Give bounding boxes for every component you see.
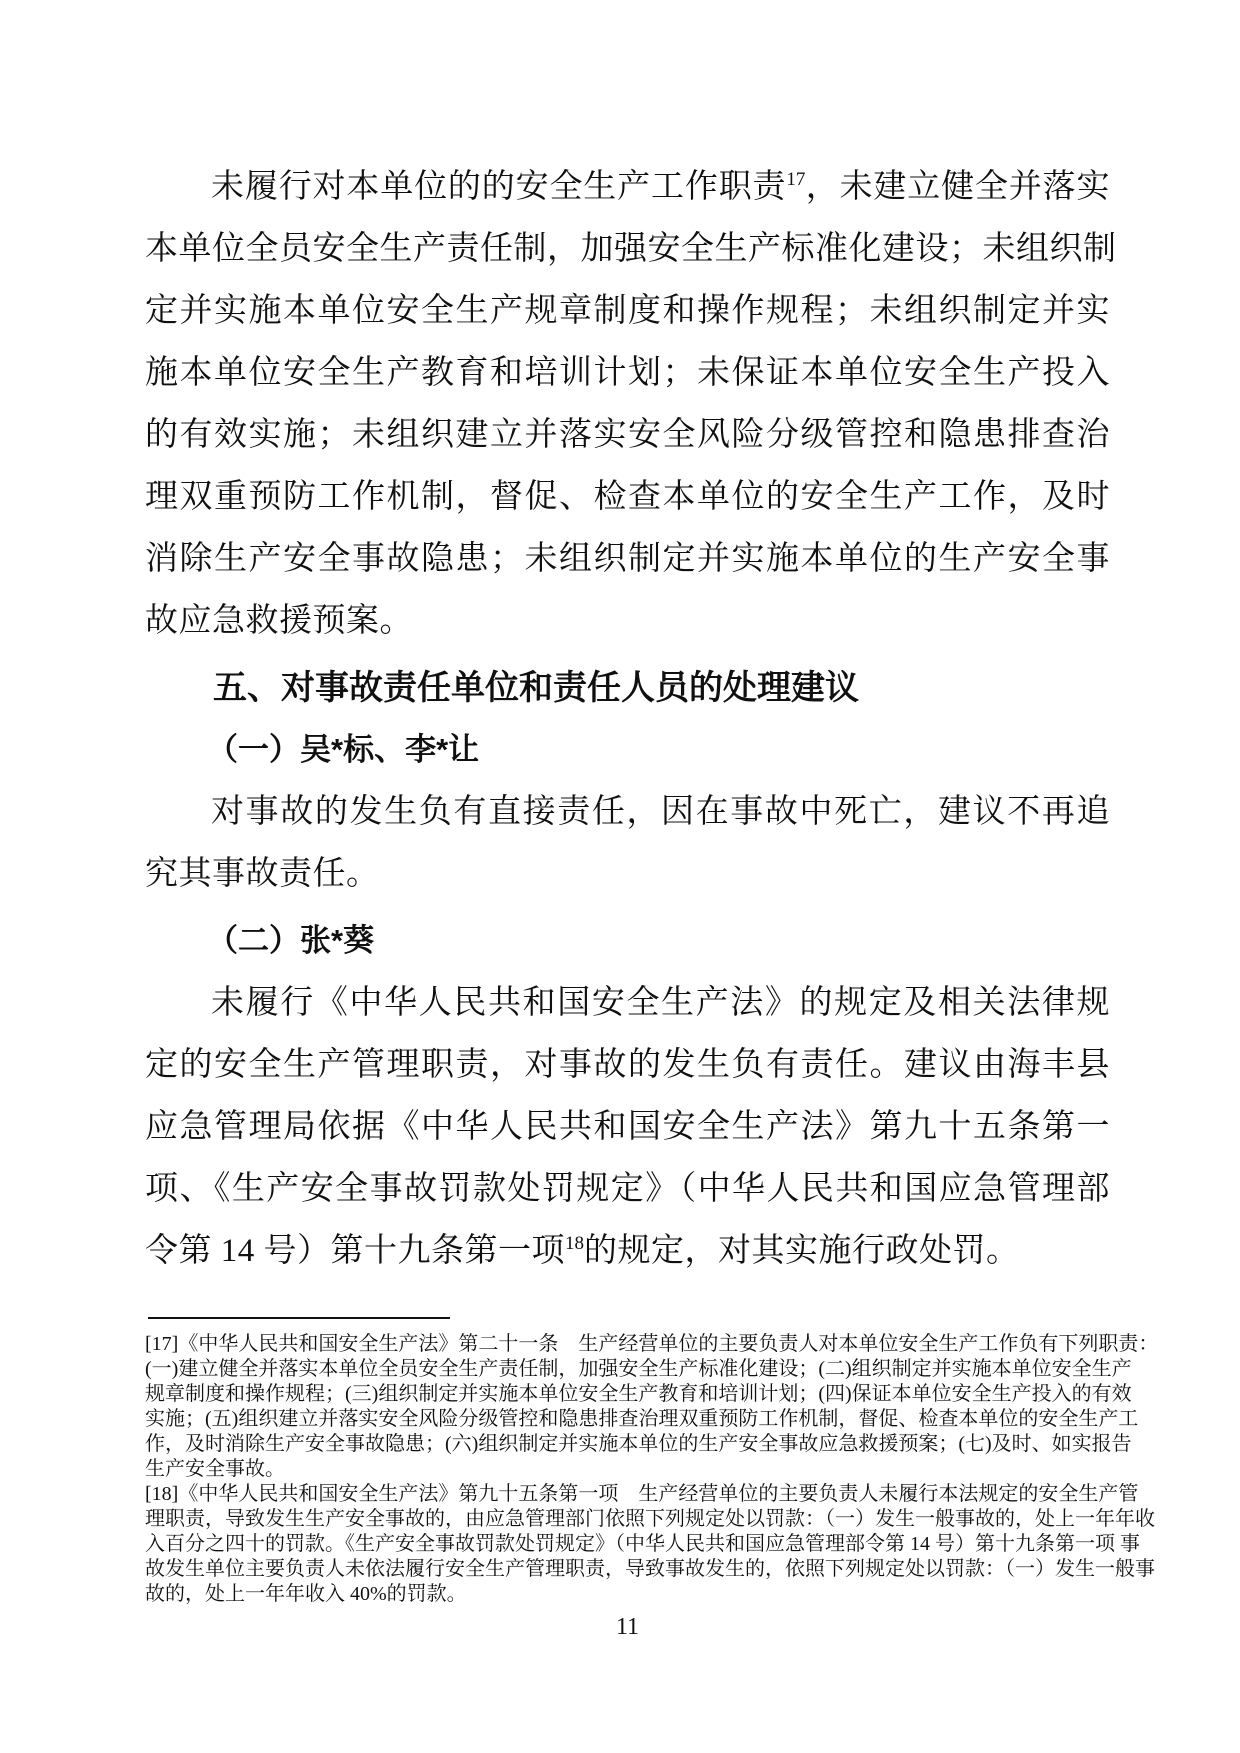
footnote-17: [17]《中华人民共和国安全生产法》第二十一条 生产经营单位的主要负责人对本单位…: [145, 1332, 1110, 1482]
footnote-line: 入百分之四十的罚款。《生产安全事故罚款处罚规定》（中华人民共和国应急管理部令第 …: [145, 1532, 1110, 1557]
line-text: 未履行《中华人民共和国安全生产法》的规定及相关法律规: [211, 985, 1110, 1021]
footnote-ref-17: 17: [786, 169, 805, 190]
line-text: 的有效实施；未组织建立并落实安全风险分级管控和隐患排查治: [145, 417, 1110, 453]
body-line: 定的安全生产管理职责，对事故的发生负有责任。建议由海丰县: [145, 1034, 1110, 1096]
paragraph-zhang-responsibility: 未履行《中华人民共和国安全生产法》的规定及相关法律规定的安全生产管理职责，对事故…: [145, 972, 1110, 1282]
line-text-after-ref: 的规定，对其实施行政处罚。: [584, 1233, 1020, 1269]
body-line: 施本单位安全生产教育和培训计划；未保证本单位安全生产投入: [145, 342, 1110, 404]
body-line: 未履行《中华人民共和国安全生产法》的规定及相关法律规: [145, 972, 1110, 1034]
line-text: 施本单位安全生产教育和培训计划；未保证本单位安全生产投入: [145, 355, 1110, 391]
line-text: 对事故的发生负有直接责任，因在事故中死亡，建议不再追: [211, 794, 1110, 830]
footnote-line: 规章制度和操作规程；(三)组织制定并实施本单位安全生产教育和培训计划；(四)保证…: [145, 1382, 1110, 1407]
body-line: 故应急救援预案。: [145, 590, 1110, 652]
subsection-heading-2: （二）张*葵: [145, 910, 1110, 972]
paragraph-wu-li-responsibility: 对事故的发生负有直接责任，因在事故中死亡，建议不再追究其事故责任。: [145, 781, 1110, 905]
body-line: 项、《生产安全事故罚款处罚规定》（中华人民共和国应急管理部: [145, 1158, 1110, 1220]
footnote-line: 故的，处上一年年收入 40%的罚款。: [145, 1582, 1110, 1607]
section-heading-5: 五、对事故责任单位和责任人员的处理建议: [145, 657, 1110, 719]
line-text: 定并实施本单位安全生产规章制度和操作规程；未组织制定并实: [145, 293, 1110, 329]
body-line: 消除生产安全事故隐患；未组织制定并实施本单位的生产安全事: [145, 528, 1110, 590]
line-text: 消除生产安全事故隐患；未组织制定并实施本单位的生产安全事: [145, 541, 1110, 577]
body-line: 对事故的发生负有直接责任，因在事故中死亡，建议不再追: [145, 781, 1110, 843]
footnotes-section: [17]《中华人民共和国安全生产法》第二十一条 生产经营单位的主要负责人对本单位…: [145, 1332, 1110, 1607]
body-line: 应急管理局依据《中华人民共和国安全生产法》第九十五条第一: [145, 1096, 1110, 1158]
paragraph-duty-violations: 未履行对本单位的的安全生产工作职责17，未建立健全并落实本单位全员安全生产责任制…: [145, 156, 1110, 652]
body-line: 本单位全员安全生产责任制，加强安全生产标准化建设；未组织制: [145, 218, 1110, 280]
footnote-separator: [148, 1317, 450, 1319]
line-text: 令第 14 号）第十九条第一项: [145, 1233, 565, 1269]
line-text: 项、《生产安全事故罚款处罚规定》（中华人民共和国应急管理部: [145, 1171, 1110, 1207]
footnote-line: 作，及时消除生产安全事故隐患；(六)组织制定并实施本单位的生产安全事故应急救援预…: [145, 1432, 1110, 1457]
body-line: 定并实施本单位安全生产规章制度和操作规程；未组织制定并实: [145, 280, 1110, 342]
footnote-18: [18]《中华人民共和国安全生产法》第九十五条第一项 生产经营单位的主要负责人未…: [145, 1482, 1110, 1607]
footnote-ref-18: 18: [565, 1233, 584, 1254]
footnote-line: 理职责，导致发生生产安全事故的，由应急管理部门依照下列规定处以罚款：（一）发生一…: [145, 1507, 1110, 1532]
document-page: 未履行对本单位的的安全生产工作职责17，未建立健全并落实本单位全员安全生产责任制…: [0, 0, 1240, 1753]
body-line: 理双重预防工作机制，督促、检查本单位的安全生产工作，及时: [145, 466, 1110, 528]
footnote-line: 故发生单位主要负责人未依法履行安全生产管理职责，导致事故发生的，依照下列规定处以…: [145, 1557, 1110, 1582]
body-line: 究其事故责任。: [145, 843, 1110, 905]
body-line: 令第 14 号）第十九条第一项18的规定，对其实施行政处罚。: [145, 1220, 1110, 1282]
footnote-line: [17]《中华人民共和国安全生产法》第二十一条 生产经营单位的主要负责人对本单位…: [145, 1332, 1110, 1357]
footnote-line: 实施；(五)组织建立并落实安全风险分级管控和隐患排查治理双重预防工作机制，督促、…: [145, 1407, 1110, 1432]
page-content: 未履行对本单位的的安全生产工作职责17，未建立健全并落实本单位全员安全生产责任制…: [145, 0, 1110, 1641]
footnote-line: 生产安全事故。: [145, 1457, 1110, 1482]
subsection-heading-1: （一）吴*标、李*让: [145, 719, 1110, 781]
line-text: 故应急救援预案。: [145, 603, 413, 639]
page-number: 11: [145, 1613, 1110, 1641]
line-text: 未履行对本单位的的安全生产工作职责: [211, 169, 786, 205]
line-text: 理双重预防工作机制，督促、检查本单位的安全生产工作，及时: [145, 479, 1110, 515]
line-text-after-ref: ，未建立健全并落实: [805, 169, 1110, 205]
footnote-line: [18]《中华人民共和国安全生产法》第九十五条第一项 生产经营单位的主要负责人未…: [145, 1482, 1110, 1507]
line-text: 本单位全员安全生产责任制，加强安全生产标准化建设；未组织制: [145, 231, 1117, 267]
line-text: 究其事故责任。: [145, 856, 380, 892]
line-text: 定的安全生产管理职责，对事故的发生负有责任。建议由海丰县: [145, 1047, 1110, 1083]
body-line: 未履行对本单位的的安全生产工作职责17，未建立健全并落实: [145, 156, 1110, 218]
body-line: 的有效实施；未组织建立并落实安全风险分级管控和隐患排查治: [145, 404, 1110, 466]
line-text: 应急管理局依据《中华人民共和国安全生产法》第九十五条第一: [145, 1109, 1110, 1145]
footnote-line: (一)建立健全并落实本单位全员安全生产责任制，加强安全生产标准化建设；(二)组织…: [145, 1357, 1110, 1382]
